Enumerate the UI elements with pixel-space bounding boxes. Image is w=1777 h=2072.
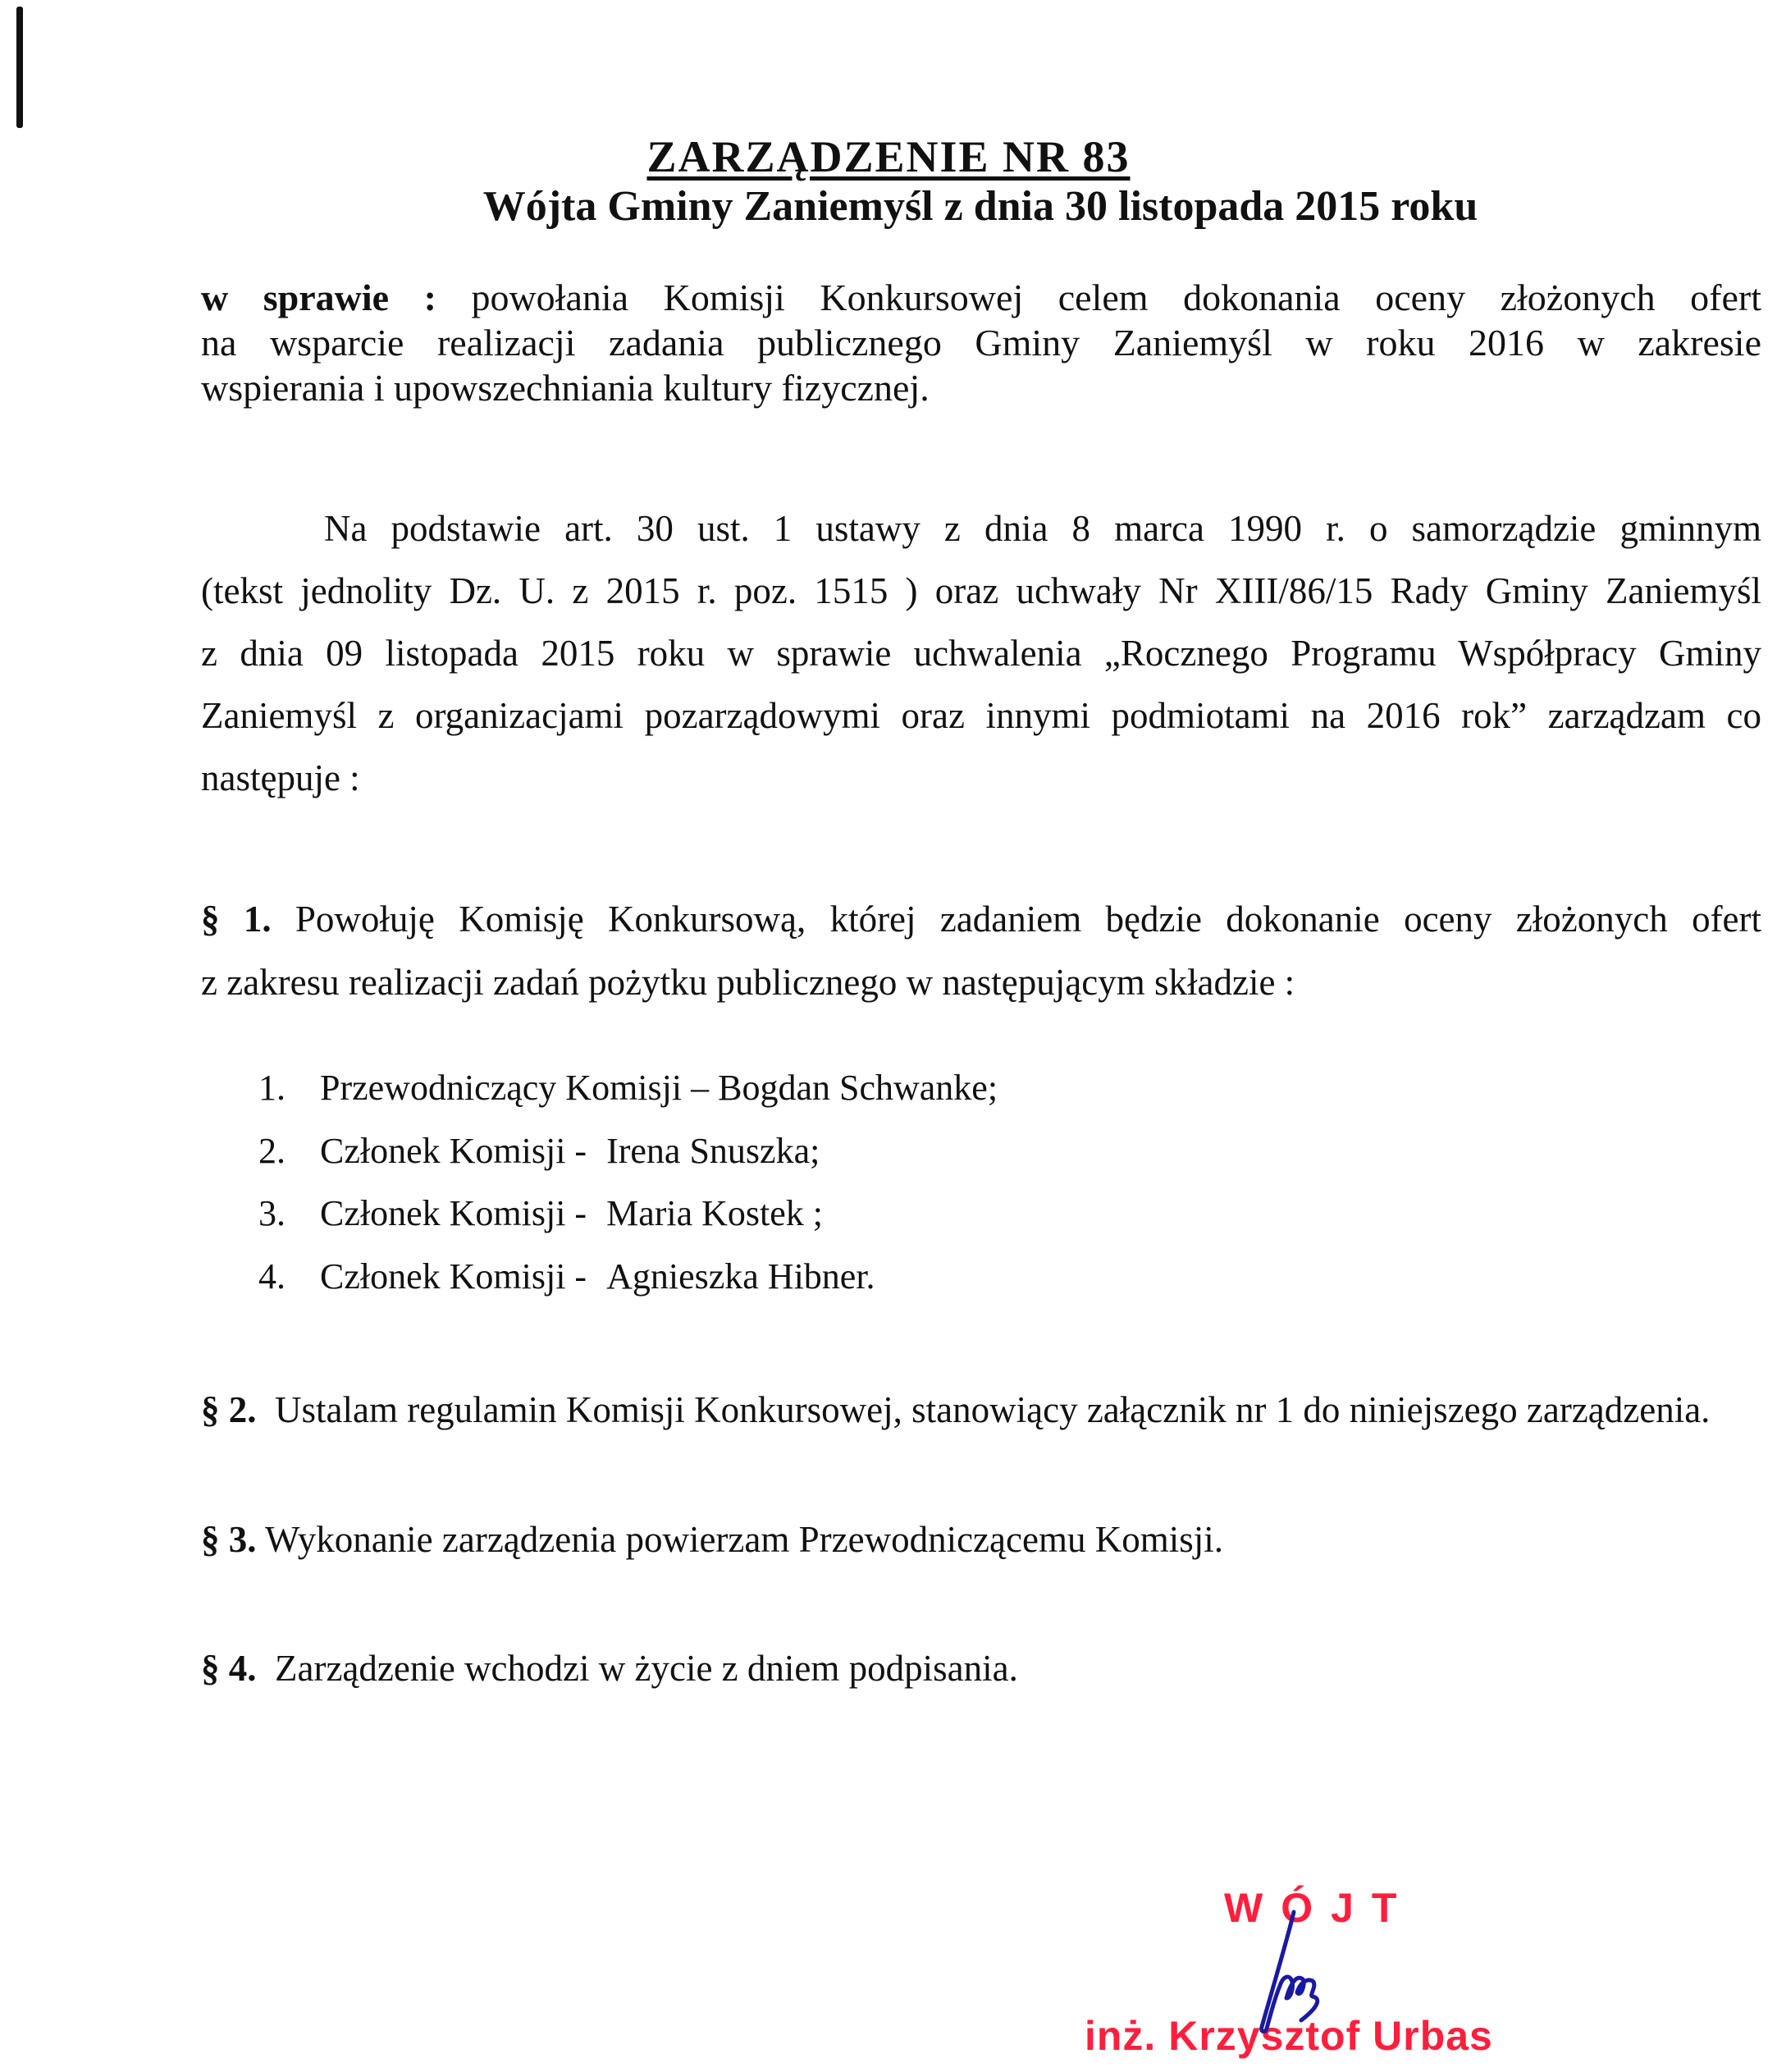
subject-label: w sprawie : <box>201 277 436 318</box>
section-4-mark: § 4. <box>201 1648 257 1689</box>
preamble-line-3: z dnia 09 listopada 2015 roku w sprawie … <box>201 635 1761 672</box>
section-2-mark: § 2. <box>201 1389 257 1430</box>
document-title: ZARZĄDZENIE NR 83 <box>0 131 1777 182</box>
preamble-line-5: następuje : <box>201 760 1761 797</box>
section-1-mark: § 1. <box>201 899 272 940</box>
subject-line-2: na wsparcie realizacji zadania publiczne… <box>201 324 1761 362</box>
member-name: Agnieszka Hibner. <box>606 1256 875 1297</box>
section-4: § 4. Zarządzenie wchodzi w życie z dniem… <box>201 1647 1018 1690</box>
document-subtitle: Wójta Gminy Zaniemyśl z dnia 30 listopad… <box>0 182 1777 231</box>
subject-line-1: w sprawie : powołania Komisji Konkursowe… <box>201 279 1761 317</box>
scan-margin-mark <box>16 7 23 128</box>
handwritten-signature <box>1214 1887 1378 2051</box>
subject-line-3: wspierania i upowszechniania kultury fiz… <box>201 369 1761 407</box>
preamble-line-2: (tekst jednolity Dz. U. z 2015 r. poz. 1… <box>201 573 1761 610</box>
preamble-line-4: Zaniemyśl z organizacjami pozarządowymi … <box>201 698 1761 734</box>
member-name: Bogdan Schwanke; <box>718 1068 998 1108</box>
section-1-line-2: z zakresu realizacji zadań pożytku publi… <box>201 964 1761 1001</box>
section-3-mark: § 3. <box>201 1519 257 1560</box>
section-1-line-1: § 1. Powołuję Komisję Konkursową, której… <box>201 901 1761 938</box>
section-2: § 2. Ustalam regulamin Komisji Konkursow… <box>201 1388 1710 1431</box>
member-name: Maria Kostek ; <box>606 1193 823 1233</box>
member-name: Irena Snuszka; <box>606 1131 820 1171</box>
preamble-line-1: Na podstawie art. 30 ust. 1 ustawy z dni… <box>324 510 1761 547</box>
section-3: § 3. Wykonanie zarządzenia powierzam Prz… <box>201 1518 1223 1561</box>
